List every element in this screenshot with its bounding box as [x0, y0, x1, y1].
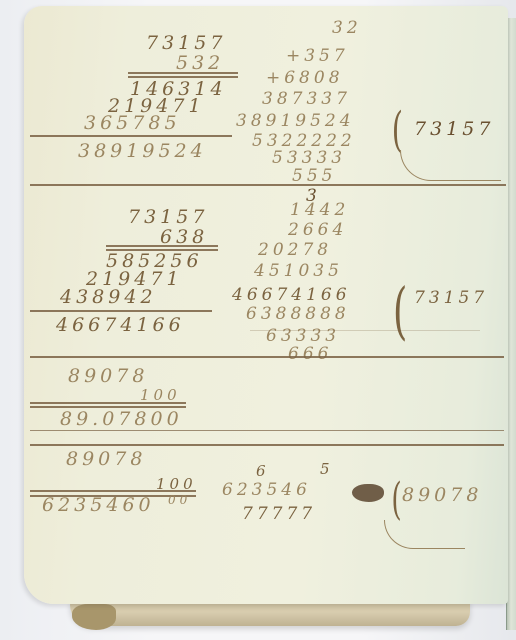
s2-div-line-3: 20278	[258, 242, 332, 259]
s1-product: 38919524	[78, 142, 207, 161]
s3-multiplier: 100	[140, 388, 181, 403]
section-divider-3b	[30, 444, 504, 446]
s4-div-carry-2: 5	[320, 462, 334, 477]
s4-div-carry-1: 6	[256, 464, 270, 479]
s2-rule-a	[106, 245, 218, 247]
s1-partial-3: 365785	[84, 114, 181, 133]
s2-div-line-6: 6388888	[246, 306, 350, 323]
section-divider-1	[30, 184, 506, 186]
s4-divisor: 89078	[402, 486, 482, 505]
s1-rule-a	[128, 72, 238, 74]
s2-div-dividend: 46674166	[232, 287, 351, 304]
s2-total-rule	[30, 310, 212, 312]
s1-multiplicand: 73157	[146, 34, 226, 53]
s4-div-divisor-row: 77777	[242, 506, 316, 523]
s2-product: 46674166	[56, 316, 185, 335]
s3-rule-a	[30, 402, 186, 404]
section-divider-3a	[30, 430, 504, 431]
s2-div-line-4: 451035	[254, 263, 343, 280]
binding-knot	[72, 604, 116, 630]
s2-faint-guide	[250, 330, 480, 331]
s1-divisor: 73157	[414, 120, 494, 139]
s1-bracket-hook	[400, 150, 501, 181]
section-divider-2	[30, 356, 504, 358]
s2-div-line-8: 666	[288, 346, 332, 363]
s2-div-line-2: 2664	[288, 222, 347, 239]
s4-div-dividend: 623546	[222, 482, 311, 499]
s1-div-line-1: +357	[286, 48, 349, 65]
s1-multiplier: 532	[176, 54, 224, 73]
s1-div-carries: 32	[332, 20, 362, 37]
s4-product-superscript: 00	[168, 494, 191, 506]
s1-div-line-2: +6808	[266, 70, 344, 87]
s2-div-bracket: (	[393, 280, 408, 342]
s4-rule-a	[30, 490, 196, 492]
s3-product: 89.07800	[60, 410, 183, 429]
s1-div-line-6: 53333	[272, 150, 346, 167]
s1-div-line-7: 555	[292, 168, 336, 185]
s4-div-bracket: (	[391, 478, 401, 522]
s4-product: 6235460	[42, 496, 155, 515]
s2-div-line-1: 1442	[290, 202, 349, 219]
s2-divisor: 73157	[414, 290, 488, 307]
s3-multiplicand: 89078	[68, 367, 148, 386]
s1-div-bracket: (	[392, 106, 403, 154]
s2-multiplicand: 73157	[128, 208, 208, 227]
ink-blot	[352, 484, 384, 502]
s2-partial-3: 438942	[60, 288, 157, 307]
s4-multiplicand: 89078	[66, 450, 146, 469]
s1-total-rule	[30, 135, 232, 137]
s1-div-dividend: 38919524	[236, 113, 355, 130]
s1-div-line-3: 387337	[262, 91, 351, 108]
